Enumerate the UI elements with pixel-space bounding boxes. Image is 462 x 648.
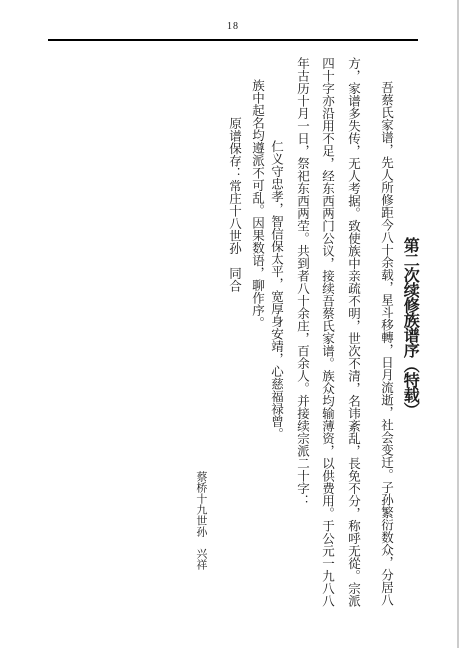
body-column-1: 吾蔡氏家谱，先人所修距今八十余载，星斗移轉，日月流逝，社会变迁。子孙繁衍数众，分… [379, 81, 393, 606]
page-number: 18 [0, 21, 462, 32]
page-edge-shadow [457, 0, 459, 648]
body-column-4: 年古历十月一日，祭祀东西两茔。共到者八十余庄，百余人。并接续宗派二十字： [295, 57, 309, 507]
body-column-3: 四十字亦沿用不足，经东西两门公议，接续吾蔡氏家谱。族众均输薄资，以供费用。于公元… [320, 57, 334, 607]
body-column-2: 方，家谱多失传，无人考据。致使族中亲疏不明，世次不清，名讳紊乱，長免不分，称呼无… [346, 57, 360, 607]
scanned-book-page: 18 第二次续修族谱序（特载） 吾蔡氏家谱，先人所修距今八十余载，星斗移轉，日月… [0, 0, 462, 648]
body-column-keeper: 原谱保存：常庄十八世孙 同合 [227, 117, 241, 292]
body-column-verse: 仁义守忠孝，智信保太平，宽厚身安靖，心慈福禄曾。 [269, 140, 283, 440]
body-column-6: 族中起名均遵派不可乱。因果数语，聊作序。 [250, 79, 264, 329]
signature-column: 蔡桥十九世孙 兴祥 [194, 471, 206, 570]
header-rule [48, 39, 418, 41]
section-title: 第二次续修族谱序（特载） [401, 237, 418, 417]
